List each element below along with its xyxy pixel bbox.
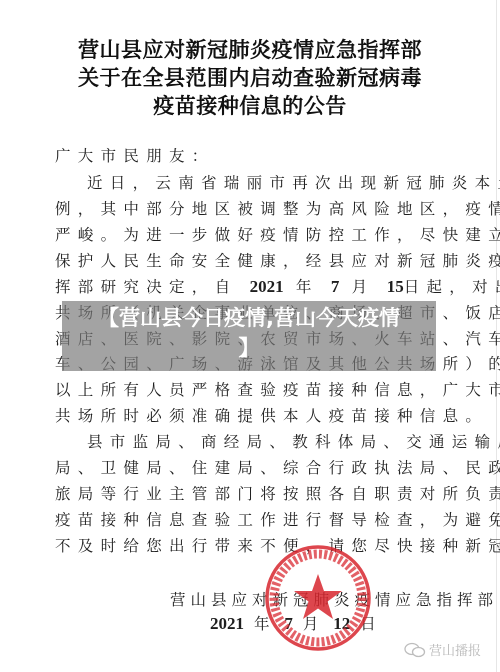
- banner-line-1: 【营山县今日疫情,营山今天疫情: [62, 303, 436, 333]
- notice-title-line-2: 关于在全县范围内启动查验新冠病毒: [0, 64, 500, 92]
- salutation: 广大市民朋友：: [55, 143, 447, 169]
- month-unit: 月: [352, 278, 375, 296]
- paragraph1-line: 共场所时必须准确提供本人疫苗接种信息。: [55, 403, 447, 429]
- star-icon: [294, 574, 342, 619]
- paragraph1-line-with-date: 挥部研究决定，自 2021 年 7 月 15日起，对出入全县公: [55, 274, 447, 300]
- notice-title-line-1: 营山县应对新冠肺炎疫情应急指挥部: [0, 36, 500, 64]
- paragraph1-line: 以上所有人员严格查验疫苗接种信息，广大市民出入公: [55, 377, 447, 403]
- paragraph1-line: 例，其中部分地区被调整为高风险地区，疫情防控形势: [55, 196, 447, 222]
- effective-year: 2021: [250, 277, 284, 296]
- paragraph2-line: 不及时给您出行带来不便，请您尽快接种新冠疫苗。: [55, 533, 447, 559]
- paragraph1-line: 保护人民生命安全健康，经县应对新冠肺炎疫情应急指: [55, 248, 447, 274]
- day-suffix: 日起，对出入全县公: [404, 278, 500, 296]
- paragraph2-line: 县市监局、商经局、教科体局、交通运输局、公安: [55, 429, 447, 455]
- notice-title-line-3: 疫苗接种信息的公告: [0, 92, 500, 120]
- paragraph2-line: 疫苗接种信息查验工作进行督导检查，为避免接种疫苗: [55, 507, 447, 533]
- watermark-label: 营山播报: [429, 640, 481, 659]
- paragraph2-line: 局、卫健局、住建局、综合行政执法局、民政局、文广: [55, 455, 447, 481]
- overlay-banner-title: 【营山县今日疫情,营山今天疫情 】: [62, 303, 436, 363]
- paragraph1-line: 近日，云南省瑞丽市再次出现新冠肺炎本土确诊病: [55, 170, 447, 196]
- watermark: 营山播报: [404, 640, 481, 659]
- wechat-icon: [404, 642, 426, 658]
- line-text: 挥部研究决定，自: [55, 278, 237, 296]
- paragraph1-line: 严峻。为进一步做好疫情防控工作，尽快建立免疫屏障，: [55, 222, 447, 248]
- effective-month: 7: [331, 277, 340, 296]
- signature-year: 2021: [210, 614, 244, 633]
- banner-line-2: 】: [62, 333, 436, 363]
- notice-page: 营山县应对新冠肺炎疫情应急指挥部 关于在全县范围内启动查验新冠病毒 疫苗接种信息…: [0, 0, 500, 672]
- effective-day: 15: [387, 277, 404, 296]
- paragraph2-line: 旅局等行业主管部门将按照各自职责对所负责领域的: [55, 481, 447, 507]
- year-unit: 年: [296, 278, 319, 296]
- official-seal-stamp: [264, 544, 372, 652]
